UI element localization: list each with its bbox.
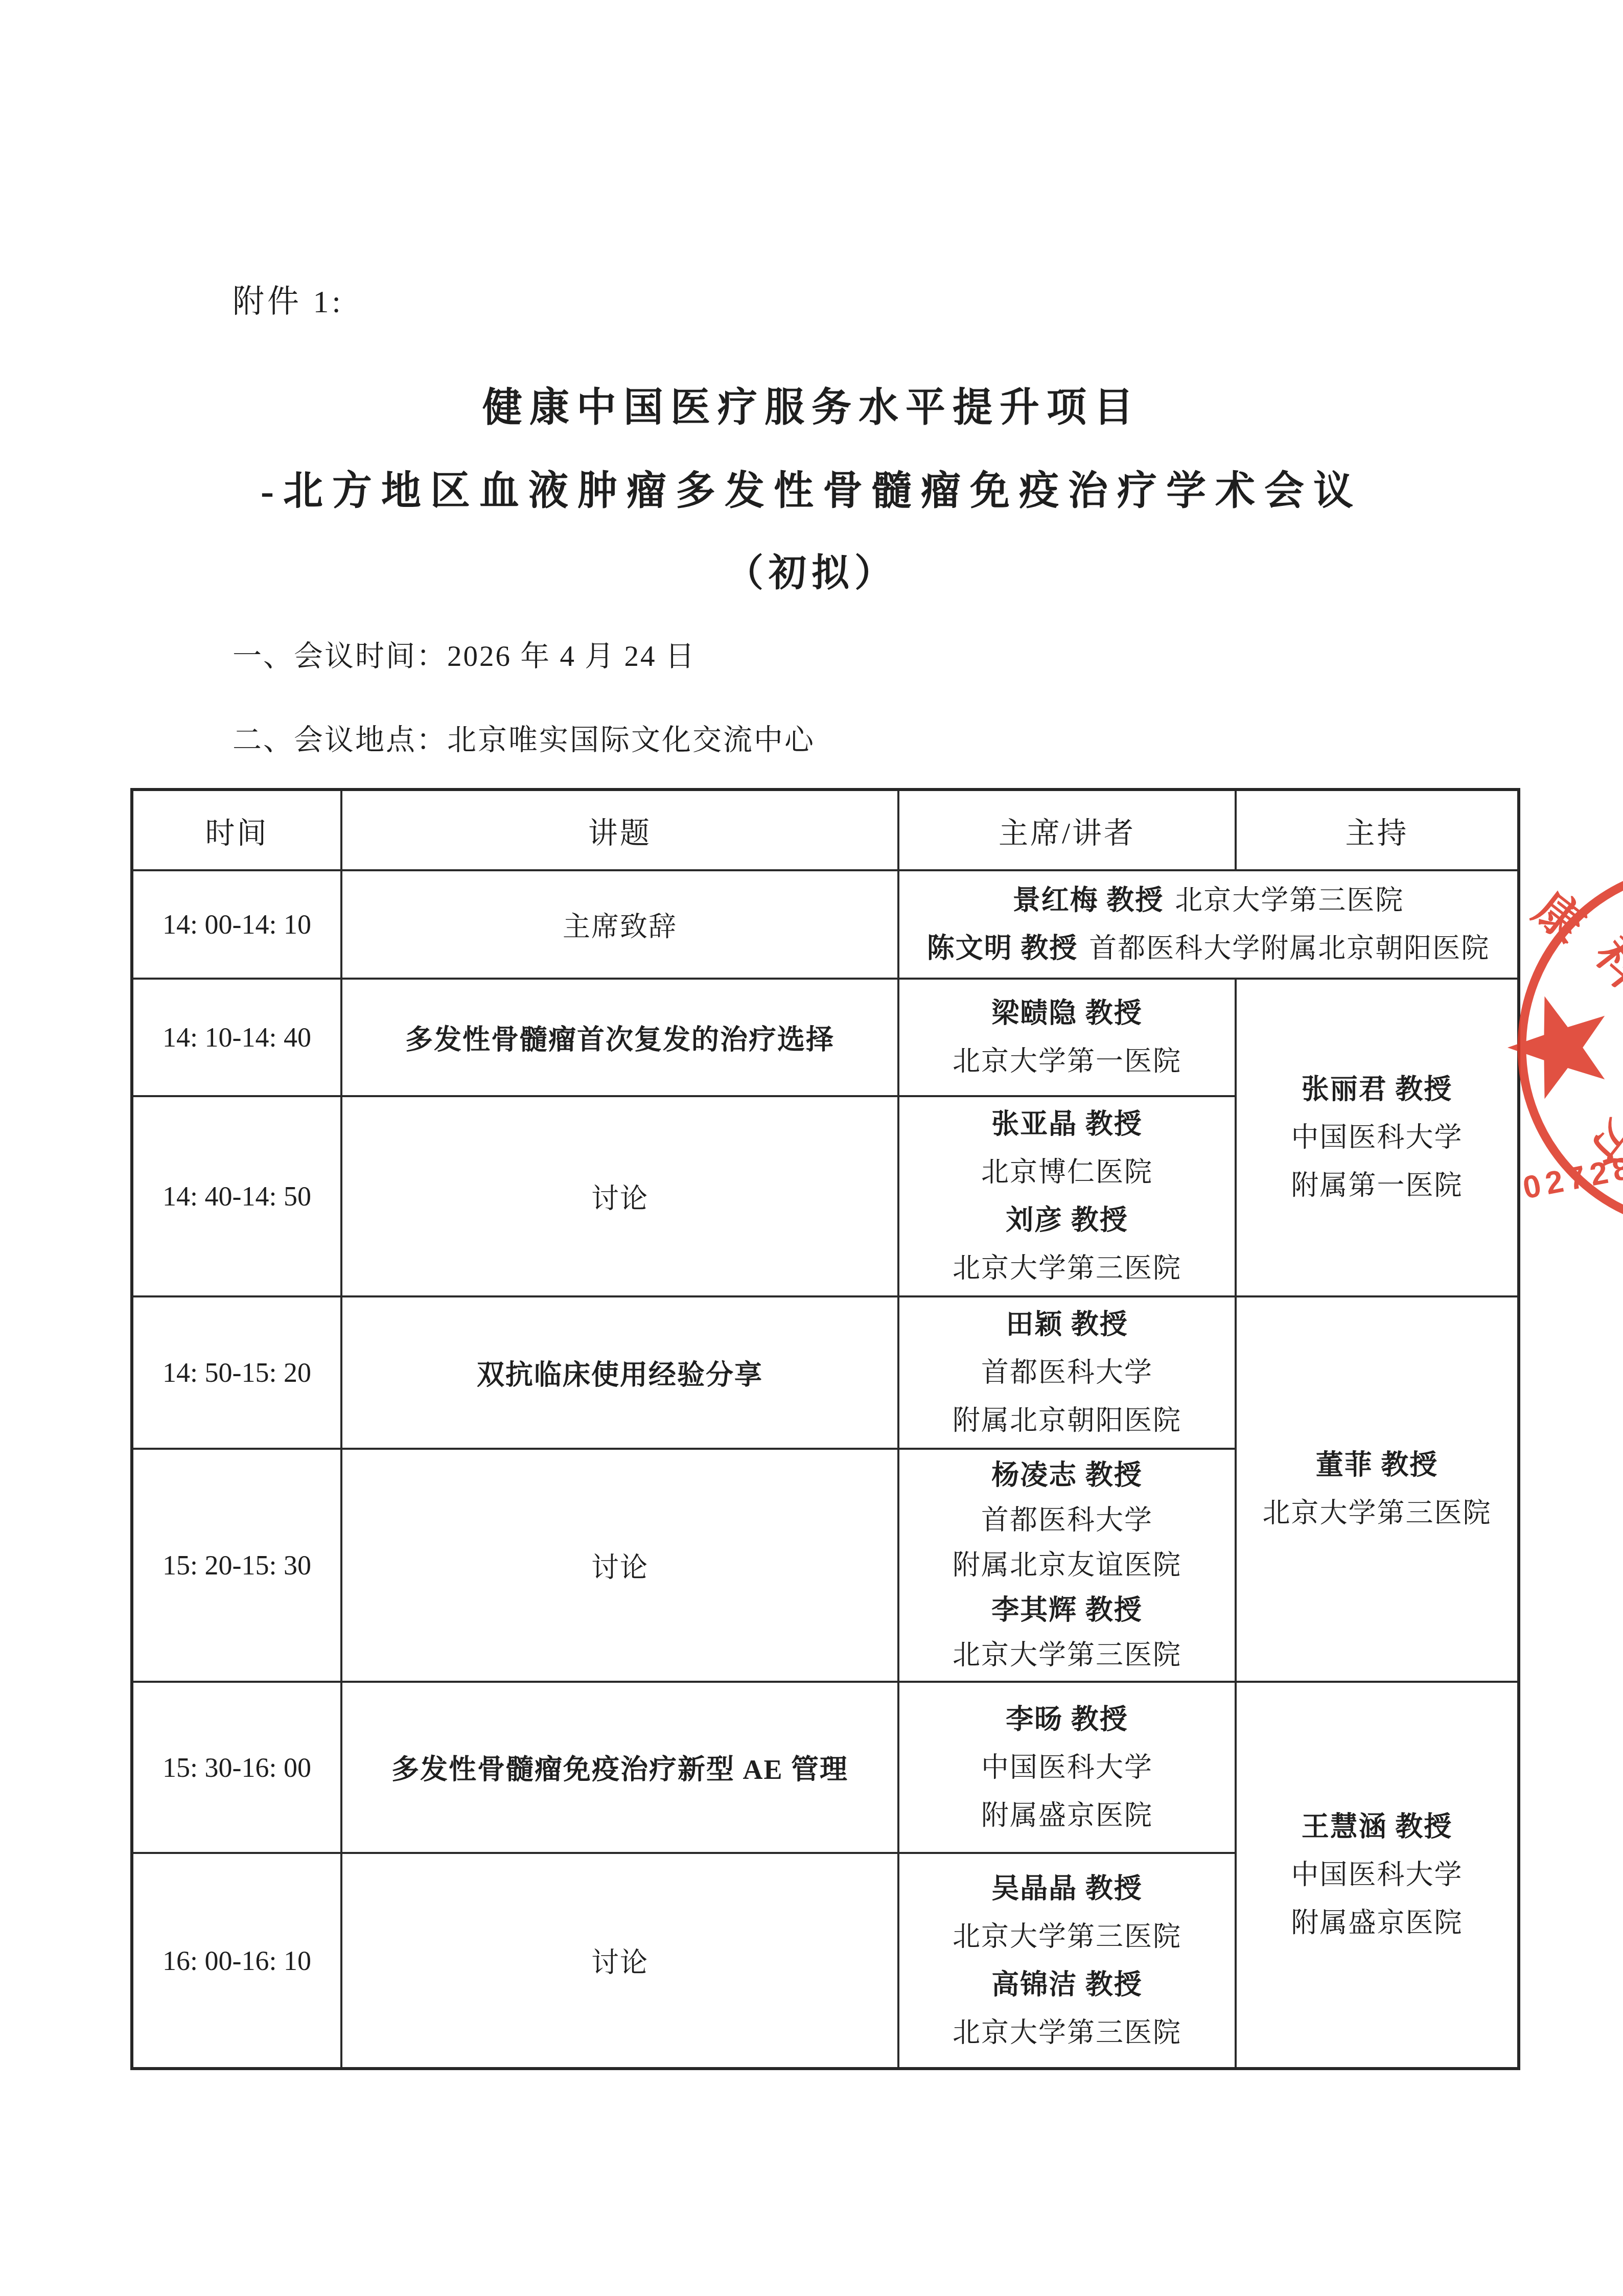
- speaker-cell: 杨凌志 教授 首都医科大学 附属北京友谊医院 李其辉 教授 北京大学第三医院: [898, 1449, 1236, 1682]
- document-title-line3: （初拟）: [0, 543, 1623, 597]
- header-topic: 讲题: [341, 790, 898, 870]
- time-cell: 14: 00-14: 10: [132, 870, 341, 979]
- table-row: 14: 00-14: 10 主席致辞 景红梅 教授北京大学第三医院 陈文明 教授…: [132, 870, 1519, 979]
- document-page: 附件 1: 健康中国医疗服务水平提升项目 -北方地区血液肿瘤多发性骨髓瘤免疫治疗…: [0, 0, 1623, 2296]
- time-cell: 15: 20-15: 30: [132, 1449, 341, 1682]
- time-cell: 16: 00-16: 10: [132, 1853, 341, 2069]
- host-cell: 王慧涵 教授 中国医科大学 附属盛京医院: [1236, 1682, 1519, 2069]
- topic-cell: 多发性骨髓瘤免疫治疗新型 AE 管理: [341, 1682, 898, 1853]
- topic-cell: 主席致辞: [341, 870, 898, 979]
- time-cell: 14: 40-14: 50: [132, 1096, 341, 1296]
- header-host: 主持: [1236, 790, 1519, 870]
- meeting-place-line: 二、会议地点：北京唯实国际文化交流中心: [233, 716, 815, 758]
- time-cell: 15: 30-16: 00: [132, 1682, 341, 1853]
- topic-cell: 双抗临床使用经验分享: [341, 1296, 898, 1449]
- meeting-time-line: 一、会议时间：2026 年 4 月 24 日: [233, 633, 696, 675]
- speaker-cell: 景红梅 教授北京大学第三医院 陈文明 教授首都医科大学附属北京朝阳医院: [898, 870, 1519, 979]
- speaker-cell: 梁赜隐 教授 北京大学第一医院: [898, 979, 1236, 1096]
- topic-cell: 多发性骨髓瘤首次复发的治疗选择: [341, 979, 898, 1096]
- seal-star: [1508, 996, 1605, 1099]
- agenda-table: 时间 讲题 主席/讲者 主持 14: 00-14: 10 主席致辞 景红梅 教授…: [130, 788, 1520, 2070]
- seal-ring: [1522, 868, 1623, 1227]
- time-cell: 14: 10-14: 40: [132, 979, 341, 1096]
- seal-arc-char: 康: [1525, 883, 1594, 953]
- table-row: 14: 50-15: 20 双抗临床使用经验分享 田颖 教授 首都医科大学 附属…: [132, 1296, 1519, 1449]
- header-time: 时间: [132, 790, 341, 870]
- topic-cell: 讨论: [341, 1449, 898, 1682]
- document-title-line1: 健康中国医疗服务水平提升项目: [0, 376, 1623, 433]
- seal-arc-char: 分: [1579, 1110, 1623, 1179]
- seal-number: 02728: [1520, 1150, 1623, 1206]
- topic-cell: 讨论: [341, 1853, 898, 2069]
- document-title-line2: -北方地区血液肿瘤多发性骨髓瘤免疫治疗学术会议: [0, 459, 1623, 516]
- speaker-cell: 张亚晶 教授 北京博仁医院 刘彦 教授 北京大学第三医院: [898, 1096, 1236, 1296]
- speaker-cell: 吴晶晶 教授 北京大学第三医院 高锦洁 教授 北京大学第三医院: [898, 1853, 1236, 2069]
- host-cell: 张丽君 教授 中国医科大学 附属第一医院: [1236, 979, 1519, 1296]
- seal-arc-char: 科: [1585, 929, 1623, 998]
- table-row: 14: 10-14: 40 多发性骨髓瘤首次复发的治疗选择 梁赜隐 教授 北京大…: [132, 979, 1519, 1096]
- speaker-cell: 李旸 教授 中国医科大学 附属盛京医院: [898, 1682, 1236, 1853]
- speaker-cell: 田颖 教授 首都医科大学 附属北京朝阳医院: [898, 1296, 1236, 1449]
- time-cell: 14: 50-15: 20: [132, 1296, 341, 1449]
- header-speaker: 主席/讲者: [898, 790, 1236, 870]
- table-row: 15: 30-16: 00 多发性骨髓瘤免疫治疗新型 AE 管理 李旸 教授 中…: [132, 1682, 1519, 1853]
- attachment-label: 附件 1:: [233, 276, 344, 321]
- host-cell: 董菲 教授 北京大学第三医院: [1236, 1296, 1519, 1682]
- table-header-row: 时间 讲题 主席/讲者 主持: [132, 790, 1519, 870]
- topic-cell: 讨论: [341, 1096, 898, 1296]
